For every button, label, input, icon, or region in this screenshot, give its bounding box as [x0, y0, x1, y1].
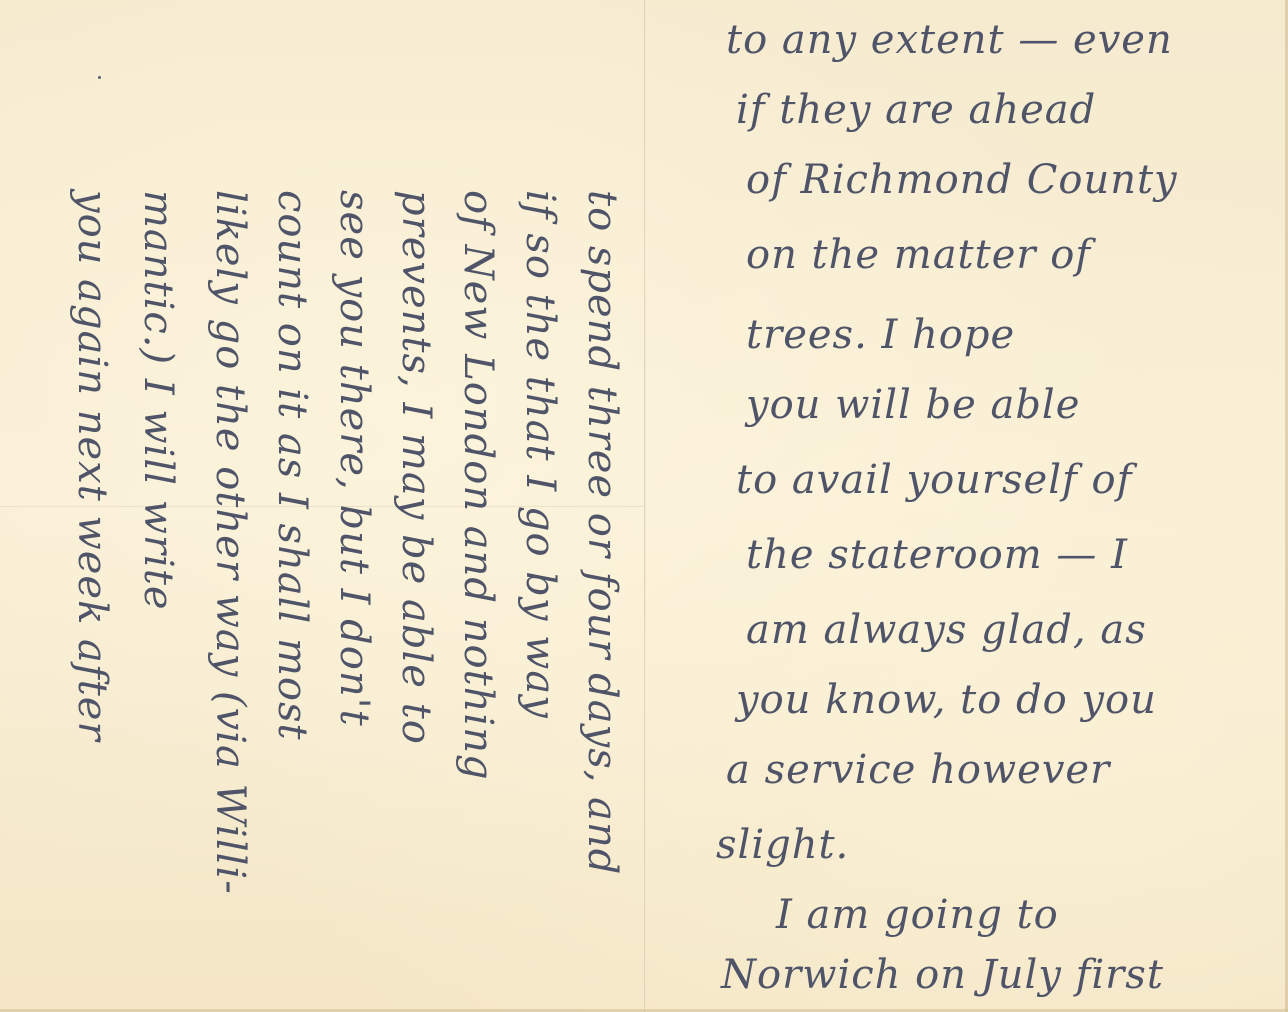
- left-page: to spend three or four days, and if so t…: [0, 0, 644, 1012]
- left-line-3: of New London and nothing: [458, 190, 498, 781]
- left-line-2: if so the that I go by way: [520, 190, 560, 719]
- right-line-5: trees. I hope: [746, 315, 1015, 355]
- left-line-4: prevents, I may be able to: [396, 190, 436, 745]
- left-line-6: count on it as I shall most: [272, 190, 312, 741]
- left-line-7: likely go the other way (via Willi-: [210, 190, 250, 895]
- left-line-5: see you there, but I don't: [334, 190, 374, 727]
- right-line-11: a service however: [726, 750, 1110, 790]
- left-line-9: you again next week after: [72, 190, 112, 742]
- right-line-6: you will be able: [746, 385, 1080, 425]
- left-line-8: mantic.) I will write: [138, 190, 178, 611]
- right-line-7: to avail yourself of: [736, 460, 1132, 500]
- ink-speck: [98, 76, 101, 79]
- right-line-10: you know, to do you: [736, 680, 1157, 720]
- right-line-4: on the matter of: [746, 235, 1091, 275]
- right-line-14: Norwich on July first: [721, 955, 1164, 995]
- right-line-1: to any extent — even: [726, 20, 1173, 60]
- right-line-3: of Richmond County: [746, 160, 1178, 200]
- right-page: to any extent — even if they are ahead o…: [646, 0, 1288, 1012]
- right-line-13: I am going to: [776, 895, 1059, 935]
- letter-sheet: to spend three or four days, and if so t…: [0, 0, 1288, 1012]
- right-line-2: if they are ahead: [736, 90, 1096, 130]
- right-line-12: slight.: [716, 825, 849, 865]
- right-line-8: the stateroom — I: [746, 535, 1128, 575]
- right-line-9: am always glad, as: [746, 610, 1147, 650]
- left-line-1: to spend three or four days, and: [582, 190, 622, 875]
